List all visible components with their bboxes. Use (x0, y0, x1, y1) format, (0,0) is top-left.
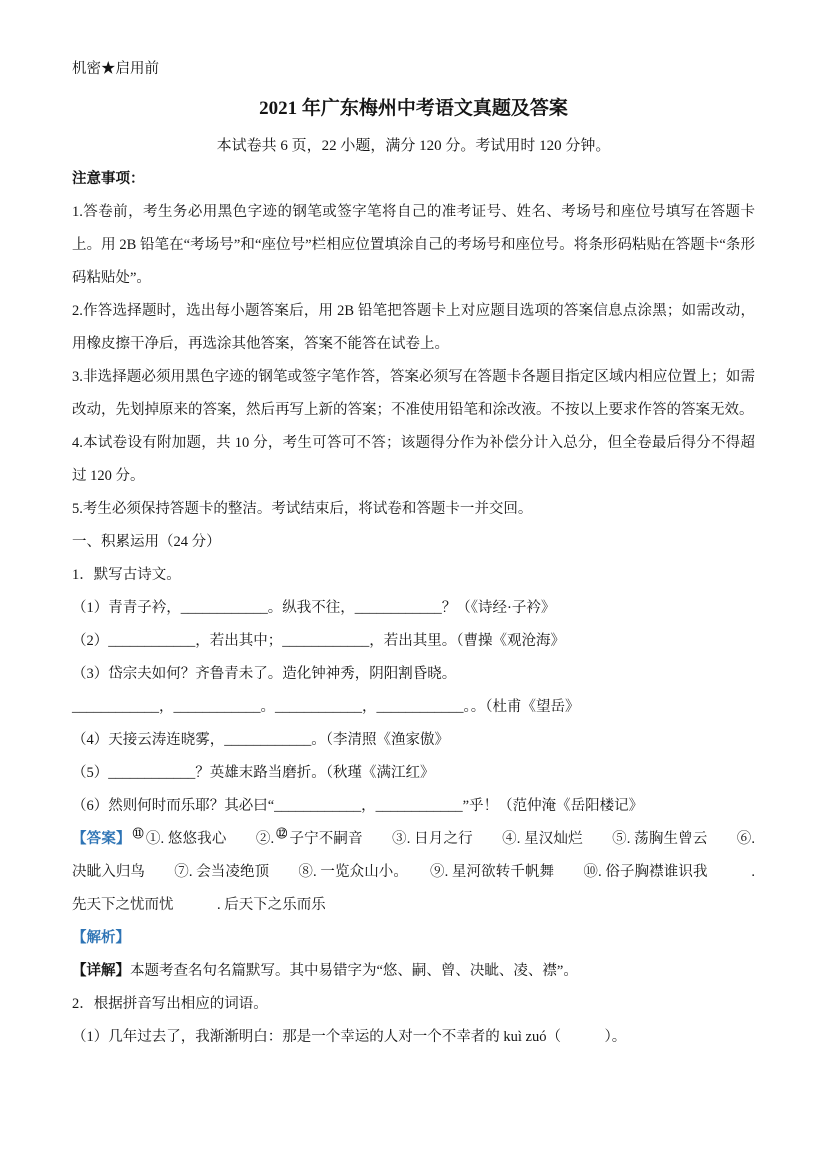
question-1-item-3-blanks: ____________，____________。____________，_… (72, 691, 755, 724)
answer-sup-11: ⑪ (131, 828, 146, 840)
note-item-5: 5.考生必须保持答题卡的整洁。考试结束后，将试卷和答题卡一并交回。 (72, 493, 755, 526)
question-1-item-6: （6）然则何时而乐耶？其必曰“____________，____________… (72, 790, 755, 823)
question-1-stem: 1．默写古诗文。 (72, 559, 755, 592)
note-item-2: 2.作答选择题时，选出每小题答案后，用 2B 铅笔把答题卡上对应题目选项的答案信… (72, 295, 755, 361)
question-2-stem: 2．根据拼音写出相应的词语。 (72, 988, 755, 1021)
question-1-item-5: （5）____________？英雄末路当磨折。（秋瑾《满江红》 (72, 757, 755, 790)
answer-label: 【答案】 (72, 831, 131, 847)
question-2-item-1: （1）几年过去了，我渐渐明白：那是一个幸运的人对一个不幸者的 kuì zuó（ … (72, 1021, 755, 1054)
question-1-item-4: （4）天接云涛连晓雾，____________。（李清照《渔家傲》 (72, 724, 755, 757)
detail-1-line: 【详解】本题考查名句名篇默写。其中易错字为“悠、嗣、曾、决眦、凌、襟”。 (72, 955, 755, 988)
analysis-1-line: 【解析】 (72, 922, 755, 955)
note-item-4: 4.本试卷设有附加题，共 10 分，考生可答可不答；该题得分作为补偿分计入总分，… (72, 427, 755, 493)
question-1-item-3: （3）岱宗夫如何？齐鲁青未了。造化钟神秀，阴阳割昏晓。 (72, 658, 755, 691)
detail-label: 【详解】 (72, 963, 130, 979)
exam-document-page: 机密★启用前 2021 年广东梅州中考语文真题及答案 本试卷共 6 页，22 小… (0, 0, 827, 1170)
question-1-item-1: （1）青青子衿，____________。纵我不往，____________？（… (72, 592, 755, 625)
answer-1-line: 【答案】⑪①. 悠悠我心 ②.⑫子宁不嗣音 ③. 日月之行 ④. 星汉灿烂 ⑤.… (72, 823, 755, 922)
answer-text-part1: ①. 悠悠我心 ②. (146, 831, 274, 847)
notes-heading: 注意事项： (72, 163, 755, 196)
note-item-1: 1.答卷前，考生务必用黑色字迹的钢笔或签字笔将自己的准考证号、姓名、考场号和座位… (72, 196, 755, 295)
security-notice: 机密★启用前 (72, 58, 755, 80)
question-1-item-2: （2）____________，若出其中；____________，若出其里。（… (72, 625, 755, 658)
note-item-3: 3.非选择题必须用黑色字迹的钢笔或签字笔作答，答案必须写在答题卡各题目指定区域内… (72, 361, 755, 427)
answer-sup-12: ⑫ (274, 828, 289, 840)
detail-text: 本题考查名句名篇默写。其中易错字为“悠、嗣、曾、决眦、凌、襟”。 (130, 963, 578, 979)
doc-subtitle: 本试卷共 6 页，22 小题，满分 120 分。考试用时 120 分钟。 (72, 130, 755, 163)
doc-title: 2021 年广东梅州中考语文真题及答案 (72, 94, 755, 124)
analysis-label: 【解析】 (72, 930, 130, 946)
section-heading-accumulation: 一、积累运用（24 分） (72, 526, 755, 559)
